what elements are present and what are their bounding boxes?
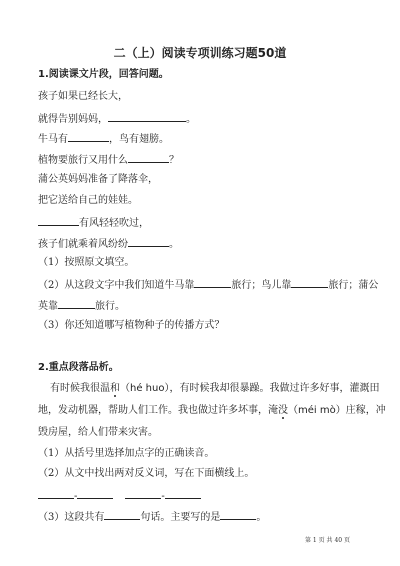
question-text: 旅行；蒲公 <box>328 280 378 291</box>
poem-line-6: 把它送给自己的娃娃。 <box>38 195 138 207</box>
document-page: 二（上）阅读专项训练习题50道 1.阅读课文片段，回答问题。 孩子如果已经长大，… <box>0 0 400 566</box>
section2-heading: 2.重点段落品析。 <box>38 362 119 374</box>
poem-text: 牛马有 <box>38 134 68 145</box>
poem-line-3: 牛马有，鸟有翅膀。 <box>38 132 169 146</box>
poem-text: ？ <box>169 155 179 166</box>
question-text: 旅行；鸟儿靠 <box>231 280 291 291</box>
poem-text: 把它送给自己的娃娃。 <box>38 195 138 206</box>
paragraph-text: 有时候我很温 <box>50 383 110 394</box>
poem-text: 植物要旅行又用什么 <box>38 155 128 166</box>
section2-question-2: （2）从文中找出两对反义词，写在下面横线上。 <box>38 468 254 480</box>
answer-blank[interactable] <box>68 132 109 142</box>
paragraph-text: ，有时候我却很暴躁。我做过许多好事，灌溉田 <box>169 383 379 394</box>
answer-blank[interactable] <box>38 216 79 226</box>
paragraph-text: 地，发动机器，帮助人们工作。我也做过许多坏事，淹 <box>38 405 278 416</box>
answer-blank[interactable] <box>77 489 113 499</box>
pinyin-options: （méi mò） <box>288 405 346 416</box>
poem-line-2: 就得告别妈妈，。 <box>38 112 196 126</box>
document-title: 二（上）阅读专项训练习题50道 <box>0 44 400 61</box>
poem-line-7: 有风轻轻吹过， <box>38 216 149 230</box>
question-text: 。 <box>256 512 266 523</box>
answer-blank[interactable] <box>38 489 74 499</box>
question-text: （2）从这段文字中我们知道牛马靠 <box>38 280 194 291</box>
answer-blank[interactable] <box>291 278 328 288</box>
section1-question-2-cont: 英靠旅行。 <box>38 299 125 313</box>
poem-text: 。 <box>186 114 196 125</box>
paragraph-line-1: 有时候我很温和（hé huo），有时候我却很暴躁。我做过许多好事，灌溉田 <box>50 383 379 395</box>
question-text: 英靠 <box>38 301 58 312</box>
question-text: 句话。主要写的是 <box>140 512 220 523</box>
section1-question-3: （3）你还知道哪写植物种子的传播方式？ <box>38 320 224 332</box>
section1-question-1: （1）按照原文填空。 <box>38 257 134 269</box>
poem-text: 孩子们就乘着风纷纷 <box>38 239 128 250</box>
pinyin-options: （hé huo） <box>120 383 169 394</box>
poem-line-4: 植物要旅行又用什么？ <box>38 153 179 167</box>
section1-question-2: （2）从这段文字中我们知道牛马靠旅行；鸟儿靠旅行；蒲公 <box>38 278 378 292</box>
answer-blank[interactable] <box>128 237 169 247</box>
poem-text: 孩子如果已经长大， <box>38 91 128 102</box>
answer-blank[interactable] <box>165 489 201 499</box>
answer-blank[interactable] <box>194 278 231 288</box>
answer-blank[interactable] <box>108 112 186 122</box>
section1-heading: 1.阅读课文片段，回答问题。 <box>38 69 169 81</box>
page-number: 第 1 页 共 40 页 <box>305 535 350 544</box>
poem-text: ，鸟有翅膀。 <box>109 134 169 145</box>
antonym-blanks: -- <box>38 489 201 503</box>
answer-blank[interactable] <box>220 510 256 520</box>
answer-blank[interactable] <box>104 510 140 520</box>
poem-line-5: 蒲公英妈妈准备了降落伞， <box>38 174 158 186</box>
poem-text: 就得告别妈妈， <box>38 114 108 125</box>
dotted-char: 没 <box>278 405 288 416</box>
answer-blank[interactable] <box>125 489 161 499</box>
section2-question-3: （3）这段共有句话。主要写的是。 <box>38 510 266 524</box>
poem-text: 蒲公英妈妈准备了降落伞， <box>38 174 158 185</box>
poem-text: 有风轻轻吹过， <box>79 218 149 229</box>
answer-blank[interactable] <box>58 299 95 309</box>
question-text: 旅行。 <box>95 301 125 312</box>
poem-line-1: 孩子如果已经长大， <box>38 91 128 103</box>
poem-text: 。 <box>169 239 179 250</box>
dotted-char: 和 <box>110 383 120 394</box>
section2-question-1: （1）从括号里选择加点字的正确读音。 <box>38 448 214 460</box>
question-text: （3）这段共有 <box>38 512 104 523</box>
paragraph-line-2: 地，发动机器，帮助人们工作。我也做过许多坏事，淹没（méi mò）庄稼，冲 <box>38 405 386 417</box>
paragraph-text: 庄稼，冲 <box>346 405 386 416</box>
paragraph-line-3: 毁房屋，给人们带来灾害。 <box>38 427 158 439</box>
answer-blank[interactable] <box>128 153 169 163</box>
poem-line-8: 孩子们就乘着风纷纷。 <box>38 237 179 251</box>
